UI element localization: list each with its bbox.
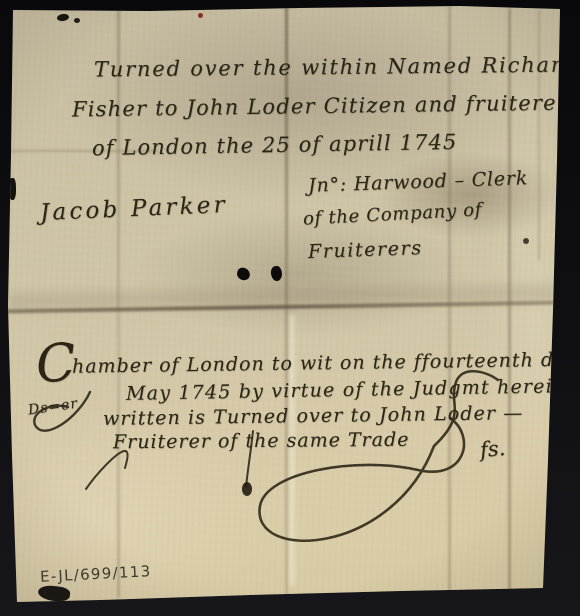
parchment-document: Turned over the within Named Richard Fis… <box>0 0 580 616</box>
photo-backdrop: Turned over the within Named Richard Fis… <box>0 0 580 616</box>
edge-vignette <box>0 0 580 616</box>
